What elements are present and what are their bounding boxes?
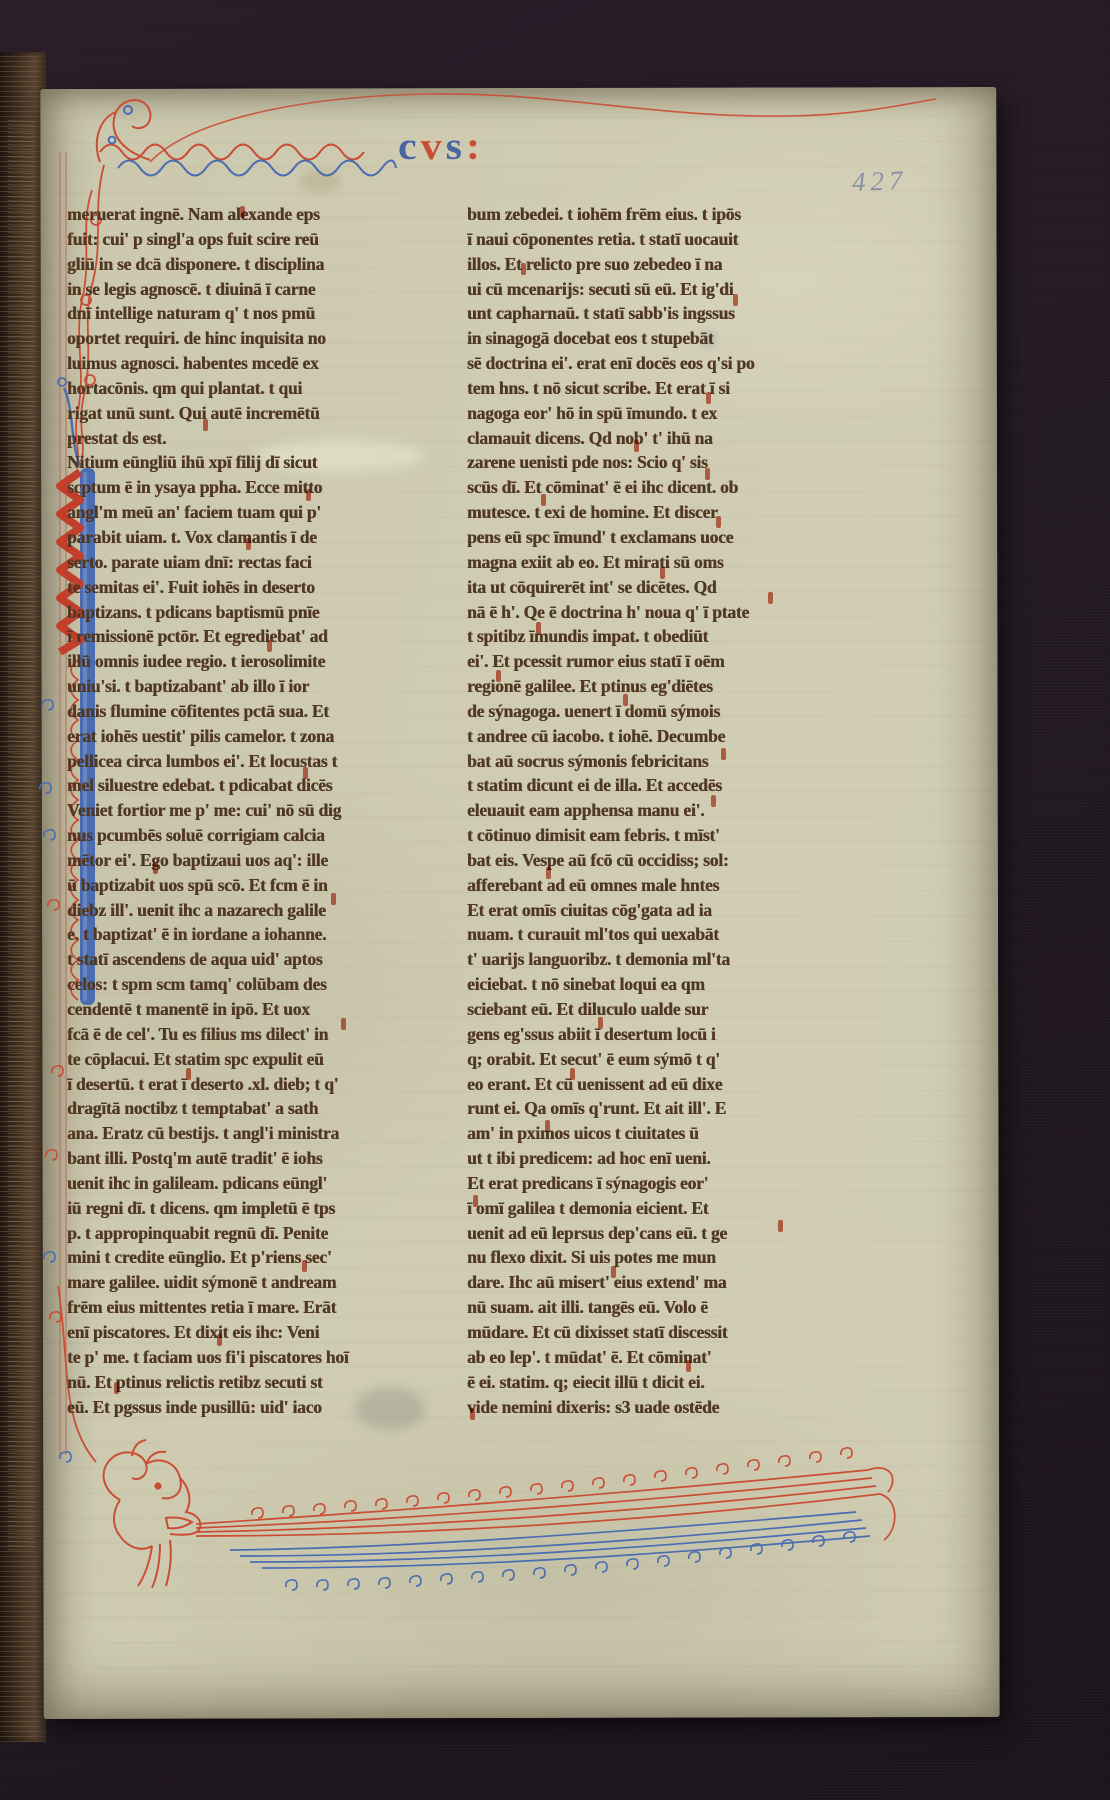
rubric-dab <box>570 1068 575 1080</box>
rubric-dab <box>302 1260 307 1272</box>
manuscript-text-line: ī omī galilea t demonia eicient. Et <box>467 1196 823 1221</box>
manuscript-text-line: mutesce. t exi de homine. Et discer <box>467 500 823 525</box>
manuscript-text-line: sē doctrina ei'. erat enī docēs eos q'si… <box>467 351 823 376</box>
manuscript-text-line: ab eo lep'. t mūdat' ē. Et cōminat' <box>467 1345 823 1370</box>
rubric-dab <box>203 419 208 431</box>
manuscript-text-line: mūdare. Et cū dixisset statī discessit <box>467 1320 823 1345</box>
manuscript-text-line: luimus agnosci. habentes mcedē ex <box>67 351 419 376</box>
rubric-dab <box>473 1195 478 1207</box>
manuscript-text-line: mel siluestre edebat. t pdicabat dicēs <box>67 773 419 798</box>
manuscript-text-line: eū. Et pgssus inde pusillū: uid' iaco <box>67 1395 419 1420</box>
rubric-dab <box>546 867 551 879</box>
manuscript-text-line: oportet requiri. de hinc inquisita no <box>67 326 419 351</box>
rubric-dab <box>470 1408 475 1420</box>
manuscript-text-line: eo erant. Et cū uenissent ad eū dixe <box>467 1072 823 1097</box>
folio-number: 427 <box>851 165 908 198</box>
manuscript-text-line: ī naui cōponentes retia. t statī uocauit <box>467 227 823 252</box>
manuscript-text-line: Et erat omīs ciuitas cōg'gata ad ia <box>467 898 823 923</box>
manuscript-text-line: t spitibz īmundis impat. t obediūt <box>467 624 823 649</box>
manuscript-text-line: afferebant ad eū omnes male hntes <box>467 873 823 898</box>
manuscript-text-line: de sýnagoga. uenert ī domū sýmois <box>467 699 823 724</box>
rubric-dab <box>721 748 726 760</box>
manuscript-text-line: ei'. Et pcessit rumor eius statī ī oēm <box>467 649 823 674</box>
manuscript-text-line: dare. Ihc aū misert' eius extend' ma <box>467 1270 823 1295</box>
manuscript-text-line: mare galilee. uidit sýmonē t andream <box>67 1270 419 1295</box>
manuscript-text-line: angl'm meū an' faciem tuam qui p' <box>67 500 419 525</box>
manuscript-text-line: uniu'si. t baptizabant' ab illo ī ior <box>67 674 419 699</box>
rubric-dab <box>186 1068 191 1080</box>
rubric-dab <box>496 670 501 682</box>
manuscript-text-line: bant illi. Postq'm autē tradit' ē iohs <box>67 1146 419 1171</box>
manuscript-text-line: ī remissionē pctōr. Et egrediebat' ad <box>67 624 419 649</box>
rubric-dab <box>768 592 773 604</box>
manuscript-text-line: uenit ad eū leprsus dep'cans eū. t ge <box>467 1221 823 1246</box>
manuscript-text-line: uenit ihc in galileam. pdicans eūngl' <box>67 1171 419 1196</box>
manuscript-text-line: zarene uenisti pde nos: Scio q' sis <box>467 450 823 475</box>
manuscript-text-line: regionē galilee. Et ptinus eg'diētes <box>467 674 823 699</box>
manuscript-text-line: gliū in se dcā disponere. t disciplina <box>67 252 419 277</box>
manuscript-text-line: frēm eius mittentes retia ī mare. Erāt <box>67 1295 419 1320</box>
rubric-dab <box>705 468 710 480</box>
manuscript-text-line: clamauit dicens. Qd nob' t' ihū na <box>467 426 823 451</box>
rubric-dab <box>521 263 526 275</box>
manuscript-text-line: q; orabit. Et secut' ē eum sýmō t q' <box>467 1047 823 1072</box>
running-title-letter: s <box>446 128 466 167</box>
rubric-dab <box>545 1120 550 1132</box>
manuscript-text-line: erat iohēs uestit' pilis camelor. t zona <box>67 724 419 749</box>
manuscript-text-line: nū. Et ptinus relictis retibz secuti st <box>67 1370 419 1395</box>
rubric-dab <box>303 767 308 779</box>
manuscript-text-line: nu flexo dixit. Si uis potes me mun <box>467 1245 823 1270</box>
manuscript-text-line: Nitium eūngliū ihū xpī filij dī sicut <box>67 450 419 475</box>
manuscript-text-line: fcā ē de cel'. Tu es filius ms dilect' i… <box>67 1022 419 1047</box>
rubric-dab <box>240 206 245 218</box>
manuscript-text-line: Et erat predicans ī sýnagogis eor' <box>467 1171 823 1196</box>
manuscript-text-line: nuam. t curauit ml'tos qui uexabāt <box>467 922 823 947</box>
manuscript-text-line: t statim dicunt ei de illa. Et accedēs <box>467 773 823 798</box>
manuscript-text-line: magna exiit ab eo. Et mirati sū oms <box>467 550 823 575</box>
rubric-dab <box>331 893 336 905</box>
manuscript-text-line: scūs dī. Et cōminat' ē ei ihc dicent. ob <box>467 475 823 500</box>
manuscript-text-line: ana. Eratz cū bestijs. t angl'i ministra <box>67 1121 419 1146</box>
manuscript-text-line: t' uarijs languoribz. t demonia ml'ta <box>467 947 823 972</box>
manuscript-text-line: am' in pximos uicos t ciuitates ū <box>467 1121 823 1146</box>
rubric-dab <box>778 1220 783 1232</box>
rubric-dab <box>611 1266 616 1278</box>
rubric-dab <box>634 440 639 452</box>
manuscript-text-line: gens eg'ssus abiit ī desertum locū i <box>467 1022 823 1047</box>
manuscript-text-line: unt capharnaū. t statī sabb'is ingssus <box>467 301 823 326</box>
rubric-dab <box>623 694 628 706</box>
running-title: cvs: <box>398 126 484 168</box>
manuscript-text-line: ē ei. statim. q; eiecit illū t dicit ei. <box>467 1370 823 1395</box>
manuscript-text-line: ui cū mcenarijs: secuti sū eū. Et ig'di <box>467 277 823 302</box>
manuscript-text-line: vide nemini dixeris: s3 uade ostēde <box>467 1395 823 1420</box>
manuscript-text-line: tem hns. t nō sicut scribe. Et erat ī si <box>467 376 823 401</box>
rubric-dab <box>217 1334 222 1346</box>
manuscript-text-line: t statī ascendens de aqua uid' aptos <box>67 947 419 972</box>
running-title-letter: c <box>398 128 421 167</box>
running-title-letter: v <box>421 128 446 167</box>
manuscript-text-line: diebz ill'. uenit ihc a nazarech galile <box>67 898 419 923</box>
manuscript-text-line: runt ei. Qa omīs q'runt. Et ait ill'. E <box>467 1096 823 1121</box>
manuscript-text-line: danis flumine cōfitentes pctā sua. Et <box>67 699 419 724</box>
manuscript-text-line: eiciebat. t nō sinebat loqui ea qm <box>467 972 823 997</box>
manuscript-text-line: p. t appropinquabit regnū dī. Penite <box>67 1221 419 1246</box>
manuscript-text-line: nagoga eor' hō in spū īmundo. t ex <box>467 401 823 426</box>
manuscript-text-line: sciebant eū. Et diluculo ualde sur <box>467 997 823 1022</box>
manuscript-text-line: eleuauit eam apphensa manu ei'. <box>467 798 823 823</box>
manuscript-text-line: t cōtinuo dimisit eam febris. t mīst' <box>467 823 823 848</box>
rubric-dab <box>706 392 711 404</box>
book-page-edges-highlight <box>8 120 34 1550</box>
manuscript-text-line: fuit: cui' p singl'a ops fuit scire reū <box>67 227 419 252</box>
rubric-dab <box>716 516 721 528</box>
manuscript-text-line: prestat ds est. <box>67 426 419 451</box>
manuscript-text-line: te p' me. t faciam uos fi'i piscatores h… <box>67 1345 419 1370</box>
manuscript-text-line: mini t credite eūnglio. Et p'riens sec' <box>67 1245 419 1270</box>
manuscript-text-line: in se legis agnoscē. t diuinā ī carne <box>67 277 419 302</box>
manuscript-text-line: ut t ibi predicem: ad hoc enī ueni. <box>467 1146 823 1171</box>
manuscript-text-line: dnī intellige naturam q' t nos pmū <box>67 301 419 326</box>
text-column-left: meruerat ingnē. Nam alexande epsfuit: cu… <box>67 202 419 1419</box>
rubric-dab <box>711 795 716 807</box>
rubric-dab <box>306 489 311 501</box>
manuscript-text-line: t andree cū iacobo. t iohē. Decumbe <box>467 724 823 749</box>
rubric-dab <box>341 1018 346 1030</box>
manuscript-text-line: celos: t spm scm tamq' colūbam des <box>67 972 419 997</box>
manuscript-text-line: e. t baptizat' ē in iordane a iohanne. <box>67 922 419 947</box>
manuscript-text-line: bat eis. Vespe aū fcō cū occidiss; sol: <box>467 848 823 873</box>
manuscript-text-line: te semitas ei'. Fuit iohēs in deserto <box>67 575 419 600</box>
rubric-dab <box>660 567 665 579</box>
manuscript-text-line: in sinagogā docebat eos t stupebāt <box>467 326 823 351</box>
rubric-dab <box>246 538 251 550</box>
manuscript-text-line: mētor ei'. Ego baptizaui uos aq': ille <box>67 848 419 873</box>
manuscript-text-line: cendentē t manentē in ipō. Et uox <box>67 997 419 1022</box>
rubric-dab <box>114 1382 119 1394</box>
manuscript-text-line: ī desertū. t erat ī deserto .xl. dieb; t… <box>67 1072 419 1097</box>
manuscript-text-line: illū omnis iudee regio. t ierosolimite <box>67 649 419 674</box>
running-title-letter: : <box>466 128 484 167</box>
manuscript-text-line: parabit uiam. t. Vox clamantis ī de <box>67 525 419 550</box>
rubric-dab <box>536 622 541 634</box>
text-column-right: bum zebedei. t iohēm frēm eius. t ipōsī … <box>467 202 823 1419</box>
manuscript-text-line: pens eū spc īmund' t exclamans uoce <box>467 525 823 550</box>
manuscript-text-line: ū baptizabit uos spū scō. Et fcm ē in <box>67 873 419 898</box>
manuscript-text-line: iū regni dī. t dicens. qm impletū ē tps <box>67 1196 419 1221</box>
manuscript-text-line: serto. parate uiam dnī: rectas faci <box>67 550 419 575</box>
manuscript-text-line: te cōplacui. Et statim spc expulit eū <box>67 1047 419 1072</box>
manuscript-text-line: bum zebedei. t iohēm frēm eius. t ipōs <box>467 202 823 227</box>
manuscript-text-line: dragītā noctibz t temptabat' a sath <box>67 1096 419 1121</box>
manuscript-text-line: scptum ē in ysaya ppha. Ecce mitto <box>67 475 419 500</box>
manuscript-text-line: nū suam. ait illi. tangēs eū. Volo ē <box>467 1295 823 1320</box>
manuscript-text-line: pellicea circa lumbos ei'. Et locustas t <box>67 749 419 774</box>
rubric-dab <box>686 1360 691 1372</box>
rubric-dab <box>598 1017 603 1029</box>
rubric-dab <box>153 862 158 874</box>
manuscript-text-line: baptizans. t pdicans baptismū pnīe <box>67 600 419 625</box>
manuscript-text-line: nus pcumbēs soluē corrigiam calcia <box>67 823 419 848</box>
manuscript-text-line: Veniet fortior me p' me: cui' nō sū dig <box>67 798 419 823</box>
rubric-dab <box>541 494 546 506</box>
manuscript-text-line: bat aū socrus sýmonis febricitans <box>467 749 823 774</box>
manuscript-text-line: hortacōnis. qm qui plantat. t qui <box>67 376 419 401</box>
rubric-dab <box>733 294 738 306</box>
manuscript-text-line: rigat unū sunt. Qui autē incremētū <box>67 401 419 426</box>
rubric-dab <box>267 640 272 652</box>
manuscript-photo: cvs: 427 meruerat ingnē. Nam alexande ep… <box>0 0 1110 1800</box>
manuscript-text-line: enī piscatores. Et dixit eis ihc: Veni <box>67 1320 419 1345</box>
